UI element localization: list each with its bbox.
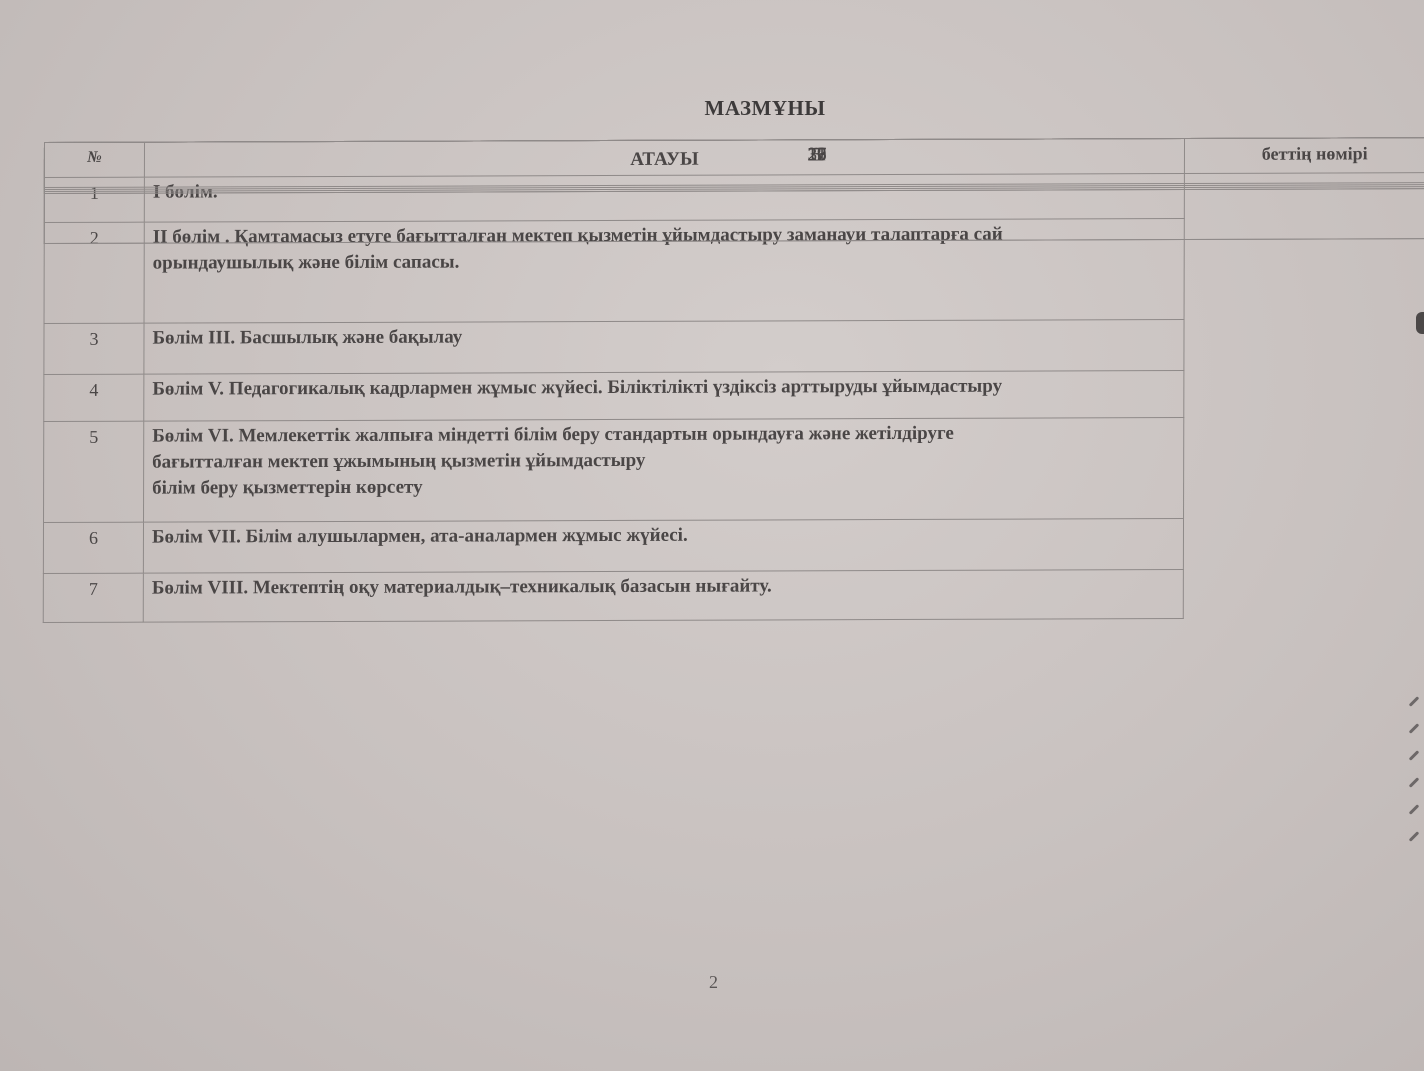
page-number: 2 bbox=[709, 972, 718, 993]
table-of-contents: № АТАУЫ беттің нөмірі 1 I бөлім. 3 2 II … bbox=[43, 137, 1424, 623]
binding-mark bbox=[1409, 804, 1420, 815]
table-row: 4 Бөлім V. Педагогикалық кадрлармен жұмы… bbox=[44, 370, 1424, 422]
page-title: МАЗМҰНЫ bbox=[0, 96, 1424, 121]
binding-mark bbox=[1409, 696, 1420, 707]
row-name-line: білім беру қызметтерін көрсету bbox=[152, 472, 1175, 502]
row-name-line: Бөлім V. Педагогикалық кадрлармен жұмыс … bbox=[152, 373, 1175, 403]
row-name: Бөлім V. Педагогикалық кадрлармен жұмыс … bbox=[144, 371, 1184, 422]
row-name: Бөлім III. Басшылық және бақылау bbox=[144, 320, 1184, 375]
binding-mark bbox=[1409, 777, 1420, 788]
row-name: Бөлім VIII. Мектептің оқу материалдық–те… bbox=[143, 570, 1183, 623]
row-name-line: орындаушылық және білім сапасы. bbox=[153, 247, 1176, 277]
binding-mark bbox=[1409, 750, 1420, 761]
row-number: 3 bbox=[44, 323, 144, 374]
contents-table: № АТАУЫ беттің нөмірі 1 I бөлім. 3 2 II … bbox=[43, 137, 1424, 623]
row-name-line: бағытталған мектеп ұжымының қызметін ұйы… bbox=[152, 446, 1175, 476]
binding-mark bbox=[1409, 831, 1420, 842]
row-name-line: Бөлім VI. Мемлекеттік жалпыға міндетті б… bbox=[152, 420, 1175, 450]
row-number: 5 bbox=[44, 421, 144, 522]
row-name: Бөлім VI. Мемлекеттік жалпыға міндетті б… bbox=[144, 418, 1184, 523]
row-number: 6 bbox=[43, 522, 143, 573]
row-number: 7 bbox=[43, 573, 143, 622]
table-row: 3 Бөлім III. Басшылық және бақылау 19 bbox=[44, 319, 1424, 375]
table-row: 7 Бөлім VIII. Мектептің оқу материалдық–… bbox=[43, 569, 1424, 623]
table-row: 5 Бөлім VI. Мемлекеттік жалпыға міндетті… bbox=[44, 417, 1424, 523]
row-name: Бөлім VII. Білім алушылармен, ата-аналар… bbox=[143, 519, 1183, 574]
binding-marks bbox=[1408, 700, 1422, 870]
row-name-line: Бөлім VIII. Мектептің оқу материалдық–те… bbox=[152, 572, 1175, 602]
binding-mark bbox=[1409, 723, 1420, 734]
row-number: 4 bbox=[44, 374, 144, 421]
row-name-line: Бөлім III. Басшылық және бақылау bbox=[152, 322, 1175, 352]
table-row: 6 Бөлім VII. Білім алушылармен, ата-анал… bbox=[43, 518, 1424, 574]
row-page: 31 bbox=[44, 137, 1424, 192]
row-name-line: Бөлім VII. Білім алушылармен, ата-аналар… bbox=[152, 521, 1175, 551]
document-page: МАЗМҰНЫ № АТАУЫ беттің нөмірі 1 I бөлім bbox=[0, 0, 1424, 1071]
